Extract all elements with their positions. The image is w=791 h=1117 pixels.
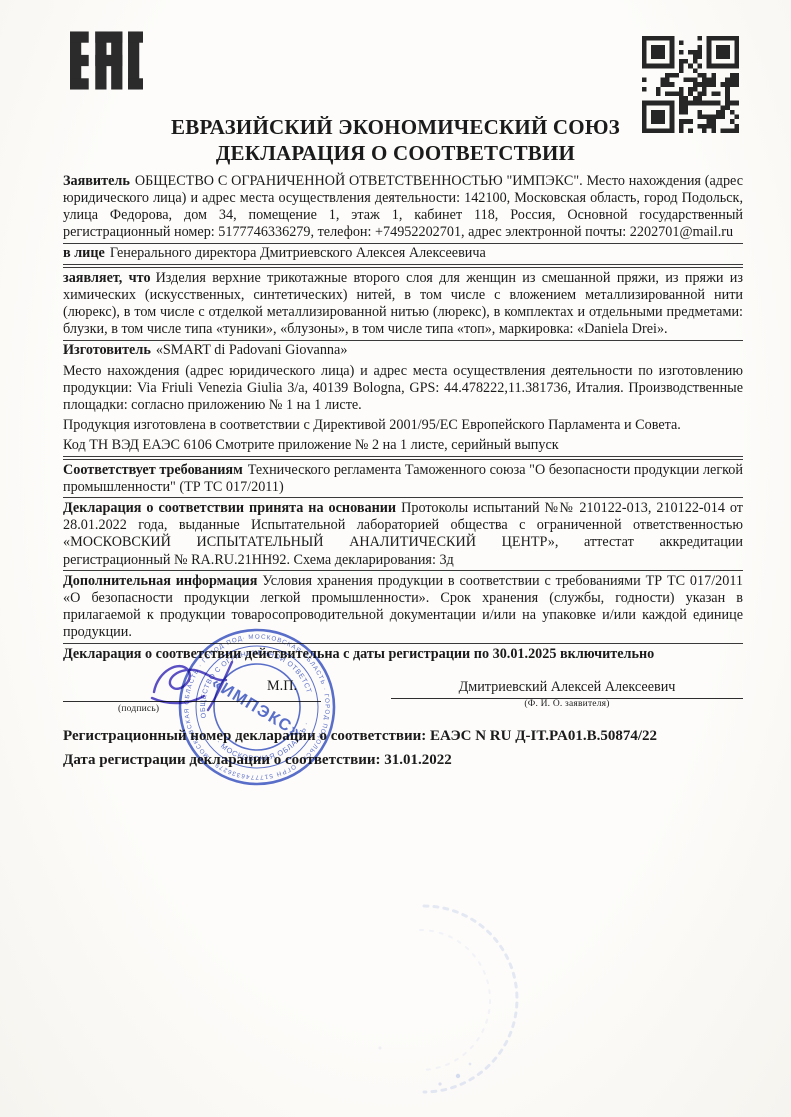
ghost-stamp-imprint: [320, 898, 520, 1098]
manufacturer-code: Код ТН ВЭД ЕАЭС 6106 Смотрите приложение…: [63, 436, 743, 456]
declares-label: заявляет, что: [63, 270, 151, 286]
registration-number: Регистрационный номер декларации о соотв…: [63, 724, 743, 748]
declaration-document: ЕВРАЗИЙСКИЙ ЭКОНОМИЧЕСКИЙ СОЮЗ ДЕКЛАРАЦИ…: [0, 0, 791, 1117]
basis-paragraph: Декларация о соответствии принята на осн…: [63, 498, 743, 570]
registration-info: Регистрационный номер декларации о соотв…: [63, 724, 743, 772]
manufacturer-paragraph: Изготовитель«SMART di Padovani Giovanna»: [63, 341, 743, 361]
manufacturer-name: «SMART di Padovani Giovanna»: [156, 342, 348, 358]
title-union: ЕВРАЗИЙСКИЙ ЭКОНОМИЧЕСКИЙ СОЮЗ: [0, 114, 791, 140]
signatory-name: Дмитриевский Алексей Алексеевич: [391, 676, 743, 696]
applicant-label: Заявитель: [63, 173, 130, 189]
complies-label: Соответствует требованиям: [63, 462, 243, 478]
declares-text: Изделия верхние трикотажные второго слоя…: [63, 270, 743, 338]
handwritten-signature: [146, 656, 262, 716]
registration-date: Дата регистрации декларации о соответств…: [63, 748, 743, 772]
in-person-text: Генерального директора Дмитриевского Але…: [110, 245, 486, 261]
applicant-text: ОБЩЕСТВО С ОГРАНИЧЕННОЙ ОТВЕТСТВЕННОСТЬЮ…: [63, 173, 743, 241]
additional-label: Дополнительная информация: [63, 573, 257, 589]
declares-paragraph: заявляет, чтоИзделия верхние трикотажные…: [63, 268, 743, 340]
in-person-paragraph: в лицеГенерального директора Дмитриевско…: [63, 244, 743, 264]
manufacturer-directive: Продукция изготовлена в соответствии с Д…: [63, 416, 743, 436]
manufacturer-label: Изготовитель: [63, 342, 151, 358]
complies-paragraph: Соответствует требованиямТехнического ре…: [63, 460, 743, 497]
signatory-area: Дмитриевский Алексей Алексеевич (Ф. И. О…: [391, 676, 743, 720]
basis-label: Декларация о соответствии принята на осн…: [63, 500, 396, 516]
manufacturer-section: Изготовитель«SMART di Padovani Giovanna»…: [63, 341, 743, 456]
additional-paragraph: Дополнительная информацияУсловия хранени…: [63, 571, 743, 643]
signatory-caption: (Ф. И. О. заявителя): [391, 699, 743, 710]
title-declaration: ДЕКЛАРАЦИЯ О СООТВЕТСТВИИ: [0, 140, 791, 166]
manufacturer-address: Место нахождения (адрес юридического лиц…: [63, 361, 743, 416]
document-title: ЕВРАЗИЙСКИЙ ЭКОНОМИЧЕСКИЙ СОЮЗ ДЕКЛАРАЦИ…: [0, 114, 791, 166]
in-person-label: в лице: [63, 245, 105, 261]
applicant-paragraph: ЗаявительОБЩЕСТВО С ОГРАНИЧЕННОЙ ОТВЕТСТ…: [63, 171, 743, 243]
eac-mark-logo: [70, 31, 143, 90]
